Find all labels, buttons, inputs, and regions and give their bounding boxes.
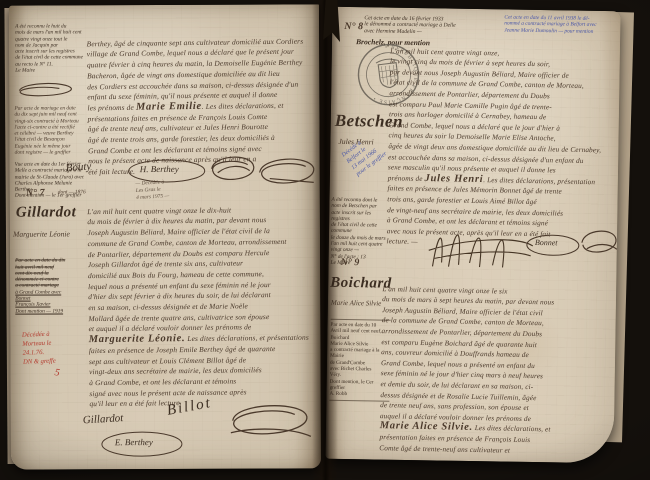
struck-mention-text: Par acte en date du dix huit avril mil n… — [15, 258, 65, 289]
signature-bonnet: Bonnet — [525, 232, 581, 259]
signature-e-berthey: E. Berthey — [99, 429, 185, 459]
margin-mention-note-1: Par acte de mariage en date du dix sept … — [14, 105, 86, 156]
signature-cluster — [424, 220, 535, 272]
red-death-note: Décédée à Morteau le 24.1.76. DN & greff… — [22, 328, 89, 367]
signature-flourish — [579, 225, 620, 262]
act-9-text-before: L'an mil huit cent quatre vingt onze le … — [380, 285, 554, 423]
signature-bouty: Bouty — [65, 160, 91, 174]
right-page: Cet acte en date du 16 février 1933 le d… — [325, 7, 620, 463]
binding-gutter — [312, 0, 338, 480]
act-9-child-name: Marie Alice Silvie. — [380, 420, 473, 433]
act-number-9: N° 9 — [340, 257, 359, 268]
register-scan: A été reconnu le huit du mois de mars l'… — [0, 0, 650, 480]
signature-e-berthey-text: E. Berthey — [115, 437, 153, 447]
margin-recognition-note-betschen: A été reconnu dont le nom de Betschen pa… — [330, 197, 389, 267]
signature-flourish — [256, 152, 318, 190]
signature-bonnet-text: Bonnet — [535, 238, 558, 247]
act-7-child-name: Marguerite Léonie. — [89, 333, 186, 345]
act-number-8: N° 8 — [344, 21, 363, 32]
top-mention-blue: Cet acte en date du 11 avril 1938 le dé-… — [504, 14, 622, 35]
margin-subname-marguerite-leonie: Marguerite Léonie — [13, 229, 70, 238]
signature-flourish — [208, 151, 258, 187]
act-number-7: N° 7 — [26, 188, 45, 199]
act-7-side-scribble: dont — 1876 — [58, 189, 86, 195]
margin-recognition-note: A été reconnu le huit du mois de mars l'… — [15, 23, 85, 74]
margin-name-gillardot: Gillardot — [16, 204, 76, 221]
act-6-child-name: Marie Emilie — [136, 101, 202, 113]
left-page: A été reconnu le huit du mois de mars l'… — [9, 4, 321, 469]
signature-h-berthey-text: H. Berthey — [140, 164, 179, 174]
margin-subname-marie-alice-silvie: Marie Alice Silvie — [331, 299, 382, 308]
act-9-body: L'an mil huit cent quatre vingt onze le … — [379, 273, 610, 457]
signature-gillardot: Gillardot — [82, 412, 123, 426]
signature-flourish — [227, 398, 313, 442]
act-7-body: L'an mil huit cent quatre vingt onze le … — [87, 193, 325, 410]
signature-flourish — [15, 79, 75, 99]
act-8-text-before: L'an mil huit cent quatre vingt onze, le… — [388, 47, 601, 183]
struck-mention-names: à Grand Combe avec Bonnet François Xavie… — [15, 289, 63, 314]
red-flourish: 5 — [54, 367, 61, 379]
act-8-body: L'an mil huit cent quatre vingt onze, le… — [386, 35, 616, 251]
act-7-text-before: L'an mil huit cent quatre vingt onze le … — [87, 205, 286, 333]
act-8-child-name: Jules Henri — [424, 173, 483, 185]
margin-struck-mention: Par acte en date du dix huit avril mil n… — [15, 251, 87, 314]
top-mention-1933: Cet acte en date du 16 février 1933 le d… — [364, 15, 504, 36]
